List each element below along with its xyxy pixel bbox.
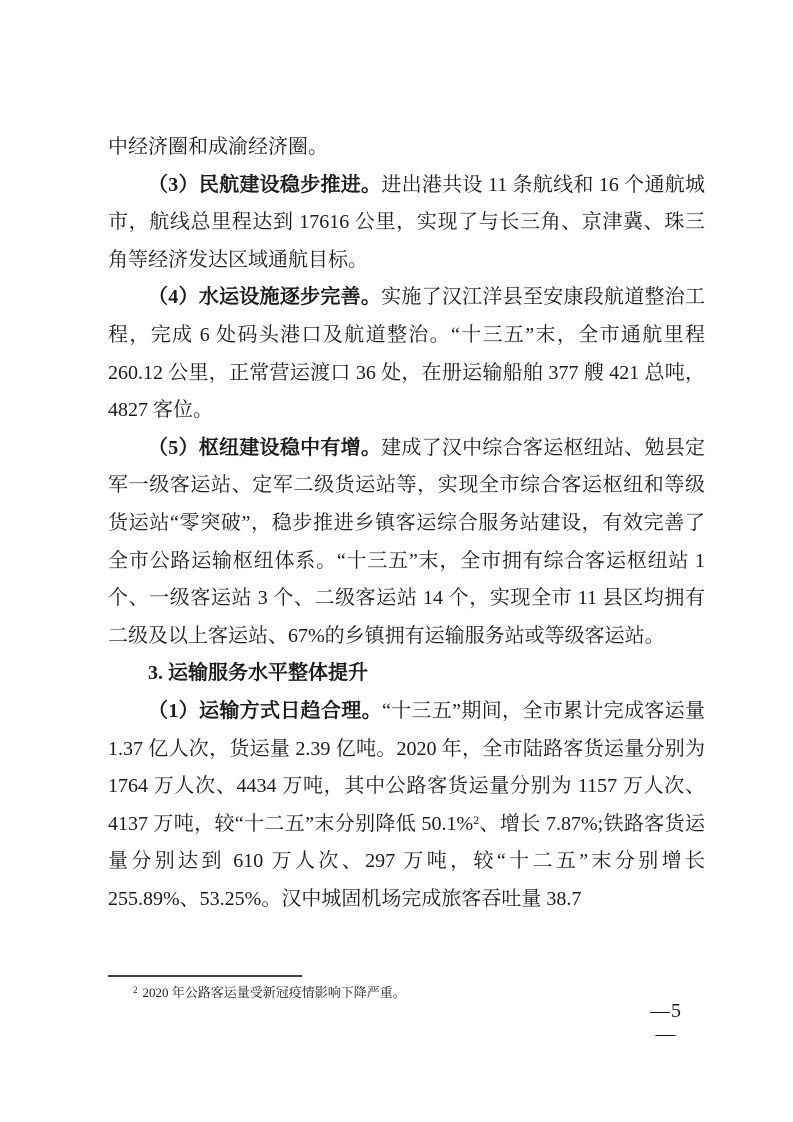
footnote-text: 2020 年公路客运量受新冠疫情影响下降严重。 <box>143 985 406 1000</box>
footnote-separator <box>108 975 302 977</box>
paragraph-transport-mode-lead: （1）运输方式日趋合理。 <box>148 700 382 722</box>
paragraph-water-transport: （4）水运设施逐步完善。实施了汉江洋县至安康段航道整治工程，完成 6 处码头港口… <box>108 279 705 429</box>
paragraph-hub-construction-text: 建成了汉中综合客运枢纽站、勉县定军一级客运站、定军二级货运站等，实现全市综合客运… <box>108 437 705 647</box>
paragraph-continuation: 中经济圈和成渝经济圈。 <box>108 129 705 167</box>
paragraph-civil-aviation: （3）民航建设稳步推进。进出港共设 11 条航线和 16 个通航城市，航线总里程… <box>108 167 705 280</box>
page-number: —5— <box>641 1000 691 1046</box>
section-heading-transport-service: 3. 运输服务水平整体提升 <box>108 655 705 693</box>
paragraph-hub-construction-lead: （5）枢纽建设稳中有增。 <box>148 437 381 459</box>
paragraph-civil-aviation-lead: （3）民航建设稳步推进。 <box>148 174 381 196</box>
footnote-marker: 2 <box>133 985 138 995</box>
footnote: 22020 年公路客运量受新冠疫情影响下降严重。 <box>108 983 693 1003</box>
paragraph-hub-construction: （5）枢纽建设稳中有增。建成了汉中综合客运枢纽站、勉县定军一级客运站、定军二级货… <box>108 430 705 656</box>
paragraph-transport-mode: （1）运输方式日趋合理。“十三五”期间，全市累计完成客运量 1.37 亿人次，货… <box>108 693 705 919</box>
paragraph-water-transport-lead: （4）水运设施逐步完善。 <box>148 286 381 308</box>
body-text: 中经济圈和成渝经济圈。 （3）民航建设稳步推进。进出港共设 11 条航线和 16… <box>108 129 705 918</box>
